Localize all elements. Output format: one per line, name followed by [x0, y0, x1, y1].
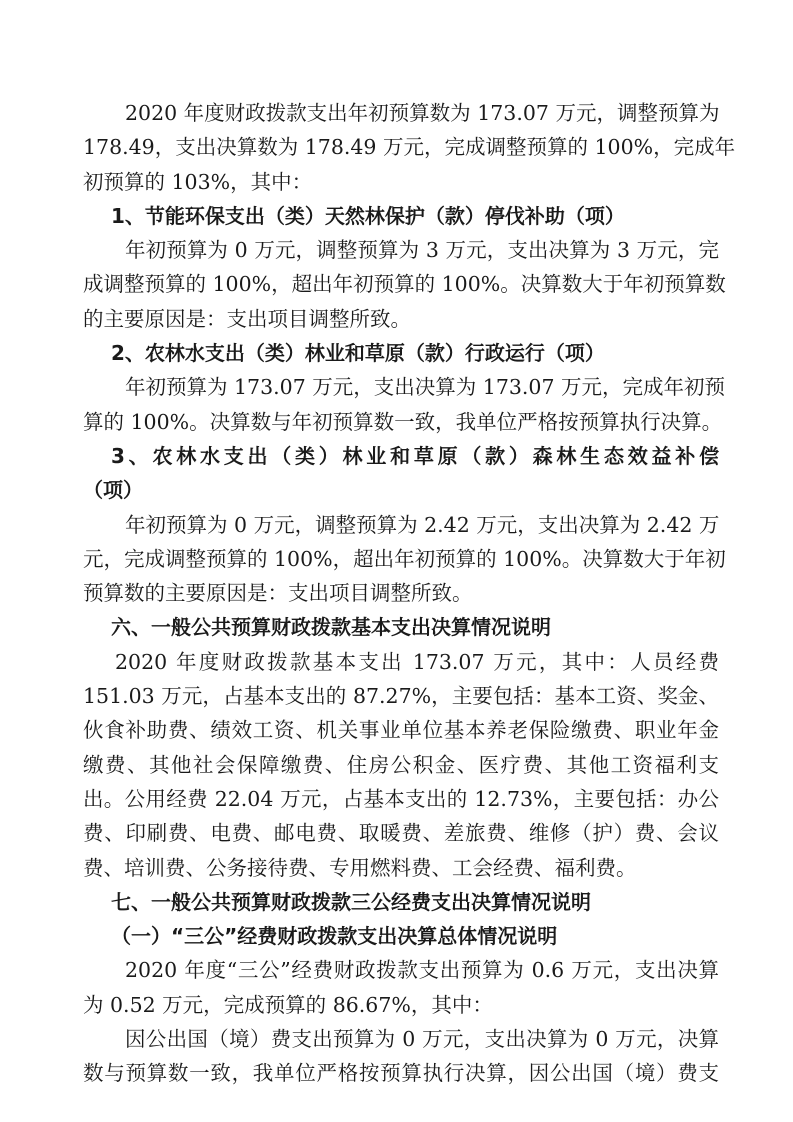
- text-line: 预算数的主要原因是：支出项目调整所致。: [83, 576, 719, 610]
- paragraph-item-2: 年初预算为 173.07 万元，支出决算为 173.07 万元，完成年初预 算的…: [83, 370, 719, 439]
- heading-line: 3、农林水支出（类）林业和草原（款）森林生态效益补偿: [83, 439, 719, 473]
- text-line: 因公出国（境）费支出预算为 0 万元，支出决算为 0 万元，决算: [83, 1022, 719, 1056]
- text-line: 年初预算为 0 万元，调整预算为 3 万元，支出决算为 3 万元，完: [83, 233, 719, 267]
- text-line: 2020 年度财政拨款支出年初预算数为 173.07 万元，调整预算为: [83, 96, 719, 130]
- text-line: 缴费、其他社会保障缴费、住房公积金、医疗费、其他工资福利支: [83, 748, 719, 782]
- text-line: 成调整预算的 100%，超出年初预算的 100%。决算数大于年初预算数: [83, 267, 719, 301]
- text-line: 2020 年度财政拨款基本支出 173.07 万元，其中：人员经费: [83, 645, 719, 679]
- paragraph-three-public-summary: 2020 年度“三公”经费财政拨款支出预算为 0.6 万元，支出决算 为 0.5…: [83, 953, 719, 1022]
- heading-line: （项）: [83, 473, 719, 507]
- paragraph-basic-expenditure: 2020 年度财政拨款基本支出 173.07 万元，其中：人员经费 151.03…: [83, 645, 719, 885]
- paragraph-overseas-travel: 因公出国（境）费支出预算为 0 万元，支出决算为 0 万元，决算 数与预算数一致…: [83, 1022, 719, 1091]
- paragraph-budget-summary: 2020 年度财政拨款支出年初预算数为 173.07 万元，调整预算为 178.…: [83, 96, 719, 199]
- text-line: 数与预算数一致，我单位严格按预算执行决算，因公出国（境）费支: [83, 1056, 719, 1090]
- text-line: 初预算的 103%，其中：: [83, 165, 719, 199]
- heading-item-1: 1、节能环保支出（类）天然林保护（款）停伐补助（项）: [83, 199, 719, 233]
- heading-item-2: 2、农林水支出（类）林业和草原（款）行政运行（项）: [83, 336, 719, 370]
- document-page: 2020 年度财政拨款支出年初预算数为 173.07 万元，调整预算为 178.…: [83, 96, 719, 1091]
- text-line: 178.49，支出决算数为 178.49 万元，完成调整预算的 100%，完成年: [83, 130, 719, 164]
- subsection-heading-1: （一）“三公”经费财政拨款支出决算总体情况说明: [83, 919, 719, 953]
- text-line: 的主要原因是：支出项目调整所致。: [83, 302, 719, 336]
- text-line: 伙食补助费、绩效工资、机关事业单位基本养老保险缴费、职业年金: [83, 713, 719, 747]
- text-line: 2020 年度“三公”经费财政拨款支出预算为 0.6 万元，支出决算: [83, 953, 719, 987]
- text-line: 算的 100%。决算数与年初预算数一致，我单位严格按预算执行决算。: [83, 405, 719, 439]
- text-line: 出。公用经费 22.04 万元，占基本支出的 12.73%，主要包括：办公: [83, 782, 719, 816]
- paragraph-item-1: 年初预算为 0 万元，调整预算为 3 万元，支出决算为 3 万元，完 成调整预算…: [83, 233, 719, 336]
- text-line: 元，完成调整预算的 100%，超出年初预算的 100%。决算数大于年初: [83, 542, 719, 576]
- text-line: 费、印刷费、电费、邮电费、取暖费、差旅费、维修（护）费、会议: [83, 816, 719, 850]
- section-heading-6: 六、一般公共预算财政拨款基本支出决算情况说明: [83, 610, 719, 644]
- text-line: 151.03 万元，占基本支出的 87.27%，主要包括：基本工资、奖金、: [83, 679, 719, 713]
- text-line: 费、培训费、公务接待费、专用燃料费、工会经费、福利费。: [83, 851, 719, 885]
- heading-item-3: 3、农林水支出（类）林业和草原（款）森林生态效益补偿 （项）: [83, 439, 719, 508]
- text-line: 为 0.52 万元，完成预算的 86.67%，其中：: [83, 988, 719, 1022]
- text-line: 年初预算为 173.07 万元，支出决算为 173.07 万元，完成年初预: [83, 370, 719, 404]
- text-line: 年初预算为 0 万元，调整预算为 2.42 万元，支出决算为 2.42 万: [83, 508, 719, 542]
- section-heading-7: 七、一般公共预算财政拨款三公经费支出决算情况说明: [83, 885, 719, 919]
- paragraph-item-3: 年初预算为 0 万元，调整预算为 2.42 万元，支出决算为 2.42 万 元，…: [83, 508, 719, 611]
